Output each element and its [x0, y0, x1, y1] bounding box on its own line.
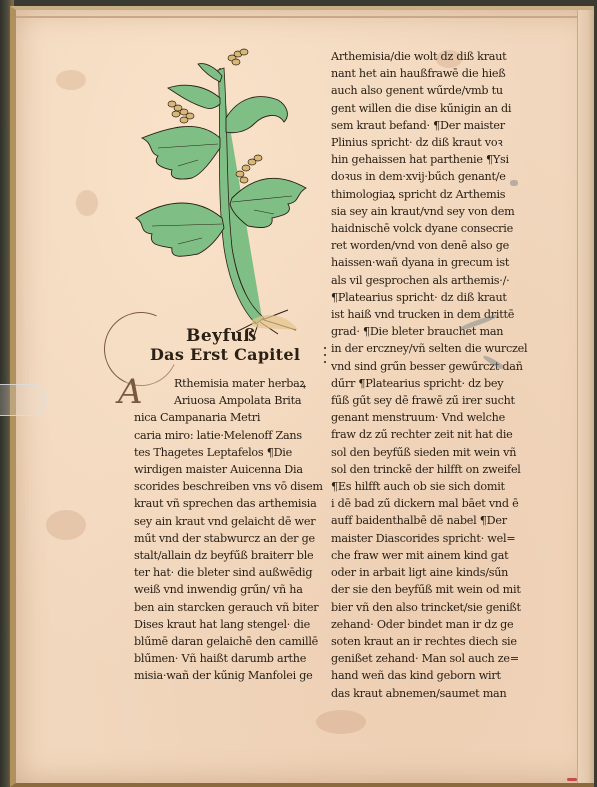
text-line: oder in arbait ligt aine kinds/sűn [331, 564, 527, 581]
margin-dots [322, 345, 328, 365]
text-line: ¶Es hilfft auch ob sie sich domit [331, 478, 527, 495]
page-fore-edge [577, 10, 594, 783]
text-line: genant menstruum· Vnd welche [331, 409, 527, 426]
plant-name-heading: Beyfuß [186, 326, 257, 346]
text-line: nica Campanaria Metri [134, 409, 323, 426]
text-line: che fraw wer mit ainem kind gat [331, 547, 527, 564]
foxing-stain [56, 70, 86, 90]
text-line: ist haiß vnd trucken in dem drittē [331, 306, 527, 323]
text-line: sem kraut befand· ¶Der maister [331, 117, 527, 134]
flower-spike [168, 101, 194, 123]
foxing-stain [76, 190, 98, 216]
text-line: weiß vnd inwendig grűn/ vñ ha [134, 581, 323, 598]
text-line: bier vñ den also trincket/sie genißt [331, 599, 527, 616]
text-line: ret worden/vnd von denē also ge [331, 237, 527, 254]
plant-leaf [226, 97, 287, 133]
text-line: sol den trinckē der hilfft on zweifel [331, 461, 527, 478]
text-line: sia sey ain kraut/vnd sey von dem [331, 203, 527, 220]
text-line: Arthemisia/die wolt dz diß kraut [331, 48, 527, 65]
text-line: blűmen· Vñ haißt darumb arthe [134, 650, 323, 667]
foxing-stain [316, 710, 366, 734]
text-line: hand weñ das kind geborn wirt [331, 667, 527, 684]
text-line: fraw dz zű rechter zeit nit hat die [331, 426, 527, 443]
text-line: misia·wañ der kűnig Manfolei ge [134, 667, 323, 684]
text-line: auch also genent wűrde/vmb tu [331, 82, 527, 99]
flower-spike [228, 49, 248, 65]
flower-spike [236, 155, 262, 183]
text-line: Ariuosa Ampolata Brita [134, 392, 323, 409]
plant-illustration [128, 48, 308, 338]
text-line: scorides beschreiben vns vō disem [134, 478, 323, 495]
foxing-stain [46, 510, 86, 540]
text-line: fűß gűt sey dē frawē zű irer sucht [331, 392, 527, 409]
page-top-rule [16, 16, 594, 18]
plant-leaf [142, 126, 220, 179]
text-line: ter hat· die bleter sind außwēdig [134, 564, 323, 581]
text-line: tes Thagetes Leptafelos ¶Die [134, 444, 323, 461]
plant-leaf [230, 178, 306, 227]
text-line: dűrr ¶Platearius spricht· dz bey [331, 375, 527, 392]
text-line: grad· ¶Die bleter brauchet man [331, 323, 527, 340]
text-line: haissen·wañ dyana in grecum ist [331, 254, 527, 271]
text-line: genißet zehand· Man sol auch ze= [331, 650, 527, 667]
text-line: i dē bad zű dickern mal bāet vnd ē [331, 495, 527, 512]
text-line: Dises kraut hat lang stengel· die [134, 616, 323, 633]
text-line: hin gehaissen hat parthenie ¶Ysi [331, 151, 527, 168]
text-line: in der erczney/vñ selten die wurczel [331, 340, 527, 357]
text-line: blűmē daran gelaichē den camillē [134, 633, 323, 650]
text-line: das kraut abnemen/saumet man [331, 685, 527, 702]
text-line: haidnischē volck dyane consecrie [331, 220, 527, 237]
text-line: als vil gesprochen als arthemis·/· [331, 272, 527, 289]
text-line: ben ain starcken gerauch vñ biter [134, 599, 323, 616]
text-line: stalt/allain dz beyfűß braiterr ble [134, 547, 323, 564]
text-line: Plinius spricht· dz diß kraut voꝛ [331, 134, 527, 151]
text-line: nant het ain haußfrawē die hieß [331, 65, 527, 82]
text-line: műt vnd der stabwurcz an der ge [134, 530, 323, 547]
page-tab-clip [0, 384, 45, 416]
text-line: soten kraut an ir rechtes diech sie [331, 633, 527, 650]
text-line: der sie den beyfűß mit wein od mit [331, 581, 527, 598]
text-line: zehand· Oder bindet man ir dz ge [331, 616, 527, 633]
plant-leaf [136, 203, 224, 256]
text-line: auff baidenthalbē dē nabel ¶Der [331, 512, 527, 529]
text-line: wirdigen maister Auicenna Dia [134, 461, 323, 478]
text-line: maister Diascorides spricht· wel= [331, 530, 527, 547]
text-line: doꝛus in dem·xvij·bűch genant/e [331, 168, 527, 185]
chapter-heading: Das Erst Capitel [150, 345, 300, 364]
text-line: thimologiaꝝ spricht dz Arthemis [331, 186, 527, 203]
text-line: ¶Platearius spricht· dz diß kraut [331, 289, 527, 306]
text-line: gent willen die dise kűnigin an di [331, 100, 527, 117]
text-line: sol den beyfűß sieden mit wein vñ [331, 444, 527, 461]
text-line: sey ain kraut vnd gelaicht dē wer [134, 513, 323, 530]
ink-mark [510, 180, 518, 186]
left-text-column: Rthemisia mater herbaꝝ Ariuosa Ampolata … [134, 375, 323, 685]
right-text-column: Arthemisia/die wolt dz diß kraut nant he… [331, 48, 527, 702]
plant-leaf [198, 64, 222, 82]
text-line: kraut vñ sprechen das arthemisia [134, 495, 323, 512]
text-line: caria miro: latie·Melenoff Zans [134, 427, 323, 444]
red-mark [567, 778, 577, 781]
text-line: Rthemisia mater herbaꝝ [134, 375, 323, 392]
